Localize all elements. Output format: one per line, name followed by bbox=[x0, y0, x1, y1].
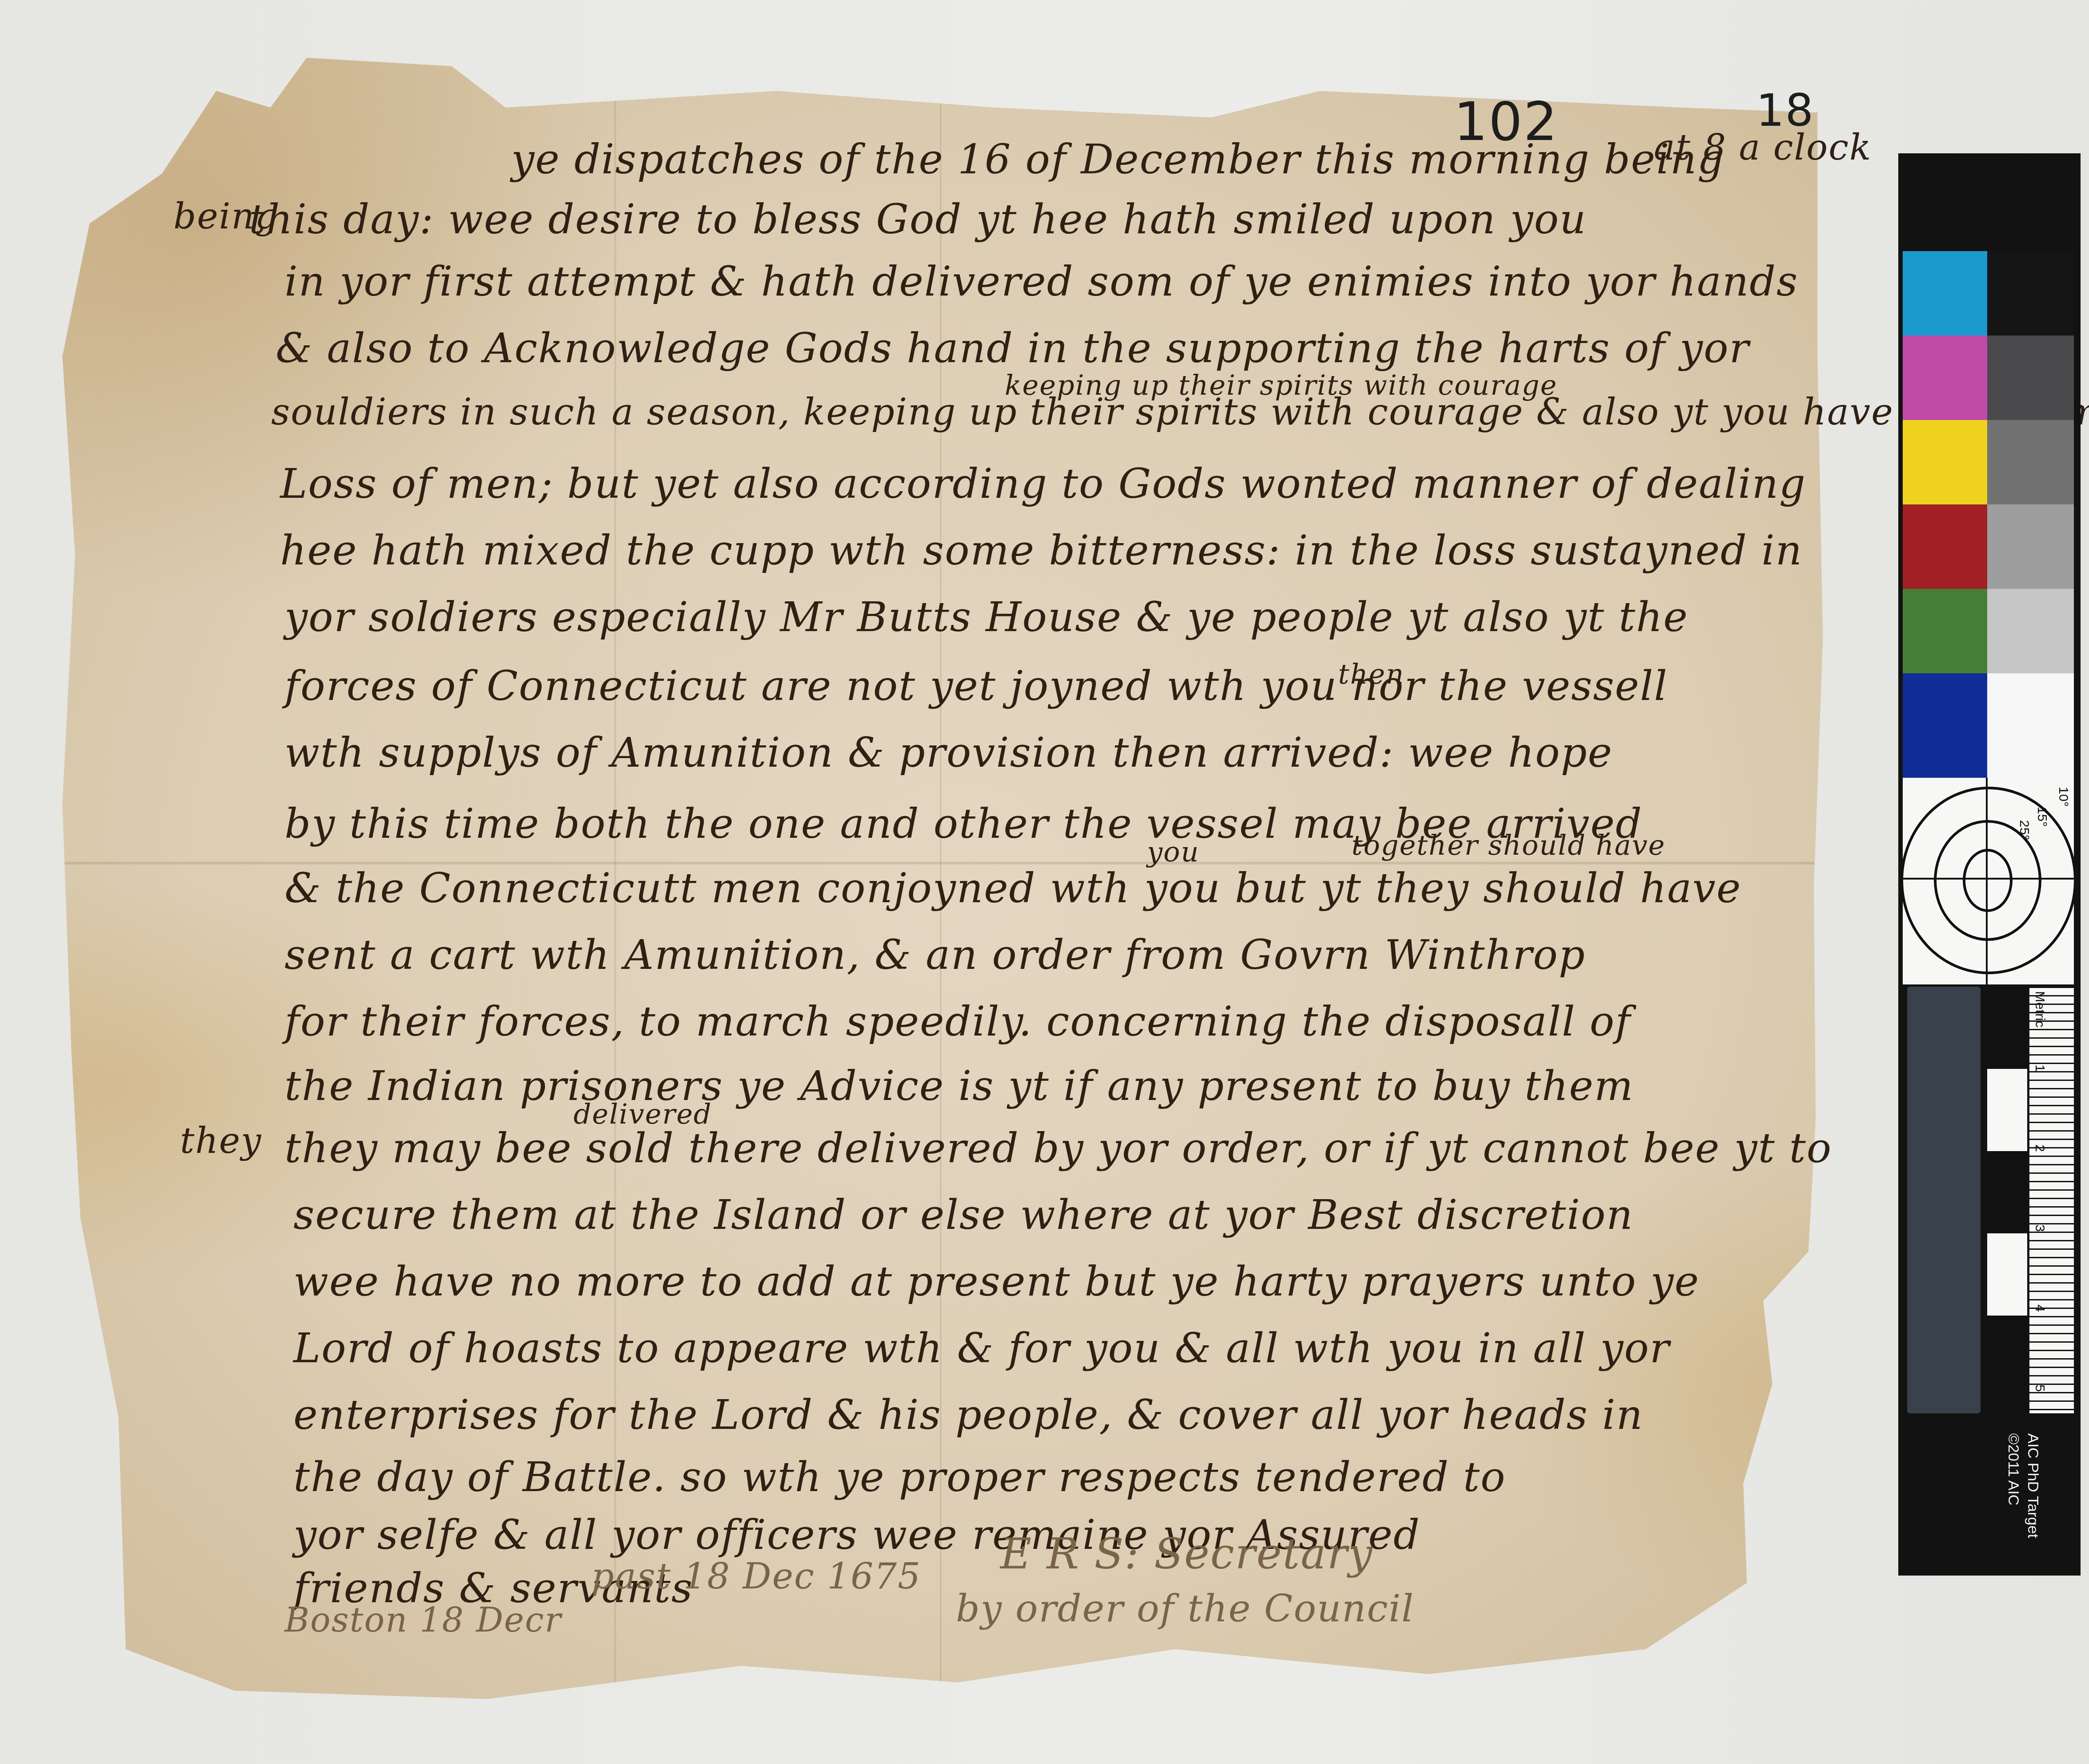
letter-line: the day of Battle. so wth ye proper resp… bbox=[293, 1453, 1506, 1501]
letter-line: for their forces, to march speedily. con… bbox=[285, 998, 1631, 1045]
gray-patch-3 bbox=[1987, 420, 2074, 504]
swatch-blue bbox=[1903, 673, 1987, 778]
swatch-magenta bbox=[1903, 336, 1987, 420]
letter-line: Loss of men; but yet also according to G… bbox=[280, 460, 1806, 508]
checker-block bbox=[1987, 1069, 2027, 1151]
swatch-green bbox=[1903, 589, 1987, 673]
swatch-yellow bbox=[1903, 420, 1987, 504]
interlinear-insertion: together should have bbox=[1351, 829, 1665, 861]
gray-patch-2 bbox=[1987, 336, 2074, 420]
checker-block bbox=[1987, 1316, 2027, 1413]
angle-label: 25° bbox=[2017, 820, 2032, 840]
ruler-tick-label: 4 bbox=[2032, 1304, 2047, 1312]
swatch-red bbox=[1903, 504, 1987, 589]
endorsement-place-date: Boston 18 Decr bbox=[285, 1600, 562, 1640]
letter-line: secure them at the Island or else where … bbox=[293, 1191, 1634, 1239]
interlinear-insertion: you bbox=[1147, 836, 1199, 868]
letter-line: ye dispatches of the 16 of December this… bbox=[511, 136, 1724, 183]
letter-line: & the Connecticutt men conjoyned wth you… bbox=[285, 864, 1741, 912]
letter-line: wee have no more to add at present but y… bbox=[293, 1258, 1700, 1305]
gray-patch-1 bbox=[1987, 251, 2074, 336]
gray-patch-6 bbox=[1987, 673, 2074, 778]
gray-patch-4 bbox=[1987, 504, 2074, 589]
ruler-tick-label: 1 bbox=[2032, 1064, 2047, 1072]
letter-line: & also to Acknowledge Gods hand in the s… bbox=[276, 324, 1750, 372]
checker-block bbox=[1987, 1151, 2027, 1233]
bullseye-ring-inner bbox=[1963, 849, 2013, 912]
margin-note: they bbox=[180, 1120, 262, 1161]
letter-line: forces of Connecticut are not yet joyned… bbox=[285, 662, 1668, 710]
signature: E R S: Secretary bbox=[1000, 1529, 1373, 1579]
ruler-tick-label: 3 bbox=[2032, 1224, 2047, 1232]
letter-line: they may bee sold there delivered by yor… bbox=[285, 1124, 1832, 1172]
ruler-tick-label: 5 bbox=[2032, 1384, 2047, 1392]
letter-line: enterprises for the Lord & his people, &… bbox=[293, 1391, 1644, 1439]
gray-patch-5 bbox=[1987, 589, 2074, 673]
interlinear-insertion: then bbox=[1338, 658, 1404, 690]
crosshair-h bbox=[1903, 878, 2074, 880]
target-copyright: ©2011 AIC bbox=[2004, 1433, 2023, 1538]
crosshair-v bbox=[1986, 778, 1988, 984]
swatch-cyan bbox=[1903, 251, 1987, 336]
ruler-unit-label: Metric bbox=[2032, 991, 2047, 1028]
endorsement-passed-date: past 18 Dec 1675 bbox=[591, 1556, 921, 1597]
angle-label: 15° bbox=[2034, 807, 2049, 827]
angle-label: 10° bbox=[2056, 787, 2071, 807]
letter-line: Lord of hoasts to appeare wth & for you … bbox=[293, 1324, 1670, 1372]
metric-ruler: Metric 1 2 3 4 5 bbox=[2029, 987, 2074, 1413]
letter-line: hee hath mixed the cupp wth some bittern… bbox=[280, 527, 1803, 574]
letter-line: this day: wee desire to bless God yt hee… bbox=[249, 196, 1587, 243]
letter-line: yor soldiers especially Mr Butts House &… bbox=[285, 593, 1688, 641]
letter-line: souldiers in such a season, keeping up t… bbox=[271, 391, 2089, 433]
transparent-film-strip bbox=[1907, 987, 1981, 1413]
target-title: AIC PhD Target bbox=[2023, 1433, 2043, 1538]
letter-line: sent a cart wth Amunition, & an order fr… bbox=[285, 931, 1586, 979]
letter-line: the Indian prisoners ye Advice is yt if … bbox=[285, 1062, 1634, 1110]
letter-line: in yor first attempt & hath delivered so… bbox=[285, 258, 1798, 305]
letter-line: wth supplys of Amunition & provision the… bbox=[285, 729, 1613, 776]
color-calibration-target: 10° 15° 25° Metric 1 2 3 4 5 AIC PhD Tar… bbox=[1898, 153, 2081, 1576]
ruler-tick-label: 2 bbox=[2032, 1144, 2047, 1152]
checker-block bbox=[1987, 987, 2027, 1069]
target-caption: AIC PhD Target ©2011 AIC bbox=[2004, 1433, 2043, 1538]
focus-bullseye: 10° 15° 25° bbox=[1903, 778, 2074, 984]
signature-order-line: by order of the Council bbox=[956, 1587, 1414, 1630]
checker-block bbox=[1987, 1233, 2027, 1316]
